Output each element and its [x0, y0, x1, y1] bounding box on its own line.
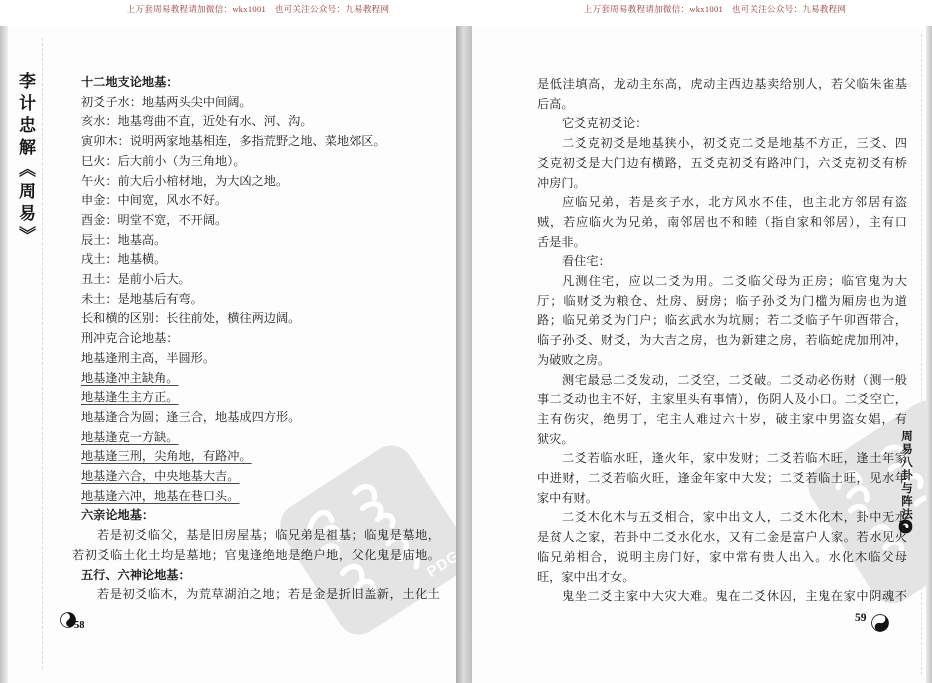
page-number-left: 58: [60, 612, 100, 638]
text-line: 凡测住宅，应以二爻为用。二爻临父母为正房；临官鬼为大: [537, 272, 907, 292]
text-line: 亥水：地基弯曲不直，近处有水、河、沟。: [72, 112, 440, 132]
spine-title-left: 李计忠解《周易》: [13, 72, 38, 248]
text-line: 午火：前大后小棺材地，为大凶之地。: [72, 172, 440, 192]
text-line: 地基逢生主方正。: [72, 388, 440, 408]
text-line: 五行、六神论地基：: [72, 566, 440, 586]
text-line: 贼，若应临火为兄弟，南邻居也不和睦（指自家和邻居），主有口: [537, 213, 907, 233]
text-line: 申金：中间宽，风水不好。: [72, 191, 440, 211]
text-line: 丑土：是前小后大。: [72, 270, 440, 290]
text-line: 二爻木化木与五爻相合，家中出文人，二爻木化木，卦中无水: [537, 508, 907, 528]
text-line: 路；临兄弟爻为门户；临玄武水为坑厕；若二爻临子午卯酉带合，: [537, 311, 907, 331]
spine-seal-icon: [898, 519, 913, 534]
text-line: 若是初爻临父，基是旧房屋基；临兄弟是祖基；临鬼是墓地，: [72, 526, 440, 546]
promo-header-left: 上万套周易教程请加微信：wkx1001 也可关注公众号：九易教程网: [118, 3, 398, 15]
page-gutter: [456, 26, 472, 683]
text-line: 事二爻动也主不好，主家里头有事情），伤阴人及小口。二爻空亡，: [537, 390, 907, 410]
text-line: 未土：是地基后有弯。: [72, 290, 440, 310]
text-line: 爻克初爻是大门边有横路，五爻克初爻有路冲门，六爻克初爻有桥: [537, 154, 907, 174]
text-line: 初爻子水：地基两头尖中间阔。: [72, 93, 440, 113]
text-line: 六亲论地基：: [72, 506, 440, 526]
left-page-text: 十二地支论地基：初爻子水：地基两头尖中间阔。亥水：地基弯曲不直，近处有水、河、沟…: [72, 73, 440, 605]
text-line: 地基逢冲主缺角。: [72, 369, 440, 389]
text-line: 家中有财。: [537, 489, 907, 509]
binding-line: [42, 38, 43, 669]
page-right: PDG 是低洼填高，龙动主东高，虎动主西边基卖给别人，若父临朱雀基后高。它爻克初…: [472, 26, 926, 683]
text-line: 中进财，二爻若临火旺，逢金年家中大发；二爻若临土旺，见水年: [537, 469, 907, 489]
text-line: 寅卯木：说明两家地基相连，多指荒野之地、菜地郊区。: [72, 132, 440, 152]
spine-title-right: 周易八卦与阵法: [898, 430, 914, 521]
scan-edge-right: [926, 26, 932, 683]
page-number-right-value: 59: [855, 612, 867, 624]
text-line: 狱灾。: [537, 430, 907, 450]
text-line: 辰土：地基高。: [72, 231, 440, 251]
text-line: 酉金：明堂不宽，不开阔。: [72, 211, 440, 231]
text-line: 厅；临财爻为粮仓、灶房、厨房；临子孙爻为门槛为厢房也为道: [537, 292, 907, 312]
text-line: 地基逢三刑，尖角地，有路冲。: [72, 447, 440, 467]
text-line: 旺，家中出才女。: [537, 568, 907, 588]
text-line: 测宅最忌二爻发动，二爻空，二爻破。二爻动必伤财（测一般: [537, 371, 907, 391]
text-line: 二爻克初爻是地基狭小，初爻克二爻是地基不方正，三爻、四: [537, 134, 907, 154]
top-margin-strip: 上万套周易教程请加微信：wkx1001 也可关注公众号：九易教程网 上万套周易教…: [0, 0, 932, 26]
text-line: 冲房门。: [537, 174, 907, 194]
promo-header-right: 上万套周易教程请加微信：wkx1001 也可关注公众号：九易教程网: [573, 3, 857, 15]
text-line: 戌土：地基横。: [72, 250, 440, 270]
text-line: 巳火：后大前小（为三角地）。: [72, 152, 440, 172]
text-line: 应临兄弟，若是亥子水，北方风水不佳，也主北方邻居有盗: [537, 193, 907, 213]
text-line: 地基逢六合，中央地基大吉。: [72, 467, 440, 487]
text-line: 若是初爻临木，为荒草湖泊之地；若是金是折旧盖新，土化土: [72, 585, 440, 605]
text-line: 地基逢合为圆；逢三合，地基成四方形。: [72, 408, 440, 428]
text-line: 地基逢刑主高，半圆形。: [72, 349, 440, 369]
text-line: 临兄弟相合，说明主房门好，家中常有贵人出入。水化木临父母: [537, 548, 907, 568]
text-line: 舌是非。: [537, 233, 907, 253]
text-line: 它爻克初爻论：: [537, 114, 907, 134]
right-page-text: 是低洼填高，龙动主东高，虎动主西边基卖给别人，若父临朱雀基后高。它爻克初爻论：二…: [537, 75, 907, 607]
page-number-left-value: 58: [74, 620, 85, 631]
text-line: 二爻若临水旺，逢火年，家中发财；二爻若临木旺，逢土年家: [537, 449, 907, 469]
text-line: 是低洼填高，龙动主东高，虎动主西边基卖给别人，若父临朱雀基: [537, 75, 907, 95]
page-left: 李计忠解《周易》: [8, 26, 456, 683]
text-line: 地基逢克一方缺。: [72, 428, 440, 448]
text-line: 看住宅：: [537, 252, 907, 272]
taiji-icon: [869, 612, 891, 634]
scan-edge-left: [0, 26, 8, 683]
text-line: 是贫人之家，若卦中二爻水化水，又有二金是富户人家。若水见火: [537, 528, 907, 548]
text-line: 为破败之房。: [537, 351, 907, 371]
text-line: 临子孙爻、财爻，为大吉之房，也为新建之房，若临蛇虎加刑冲，: [537, 331, 907, 351]
text-line: 后高。: [537, 95, 907, 115]
text-line: 十二地支论地基：: [72, 73, 440, 93]
text-line: 地基逢六冲，地基在巷口头。: [72, 487, 440, 507]
text-line: 刑冲克合论地基：: [72, 329, 440, 349]
page-number-right: 59: [855, 610, 899, 638]
book-scan-spread: 上万套周易教程请加微信：wkx1001 也可关注公众号：九易教程网 上万套周易教…: [0, 0, 932, 683]
text-line: 主有伤灾，绝男丁，宅主人难过六十岁，破主家中男盗女娼，有: [537, 410, 907, 430]
text-line: 若初爻临土化土均是墓地；官鬼逢绝地是绝户地，父化鬼是庙地。: [72, 546, 440, 566]
text-line: 长和横的区别：长往前处，横往两边阔。: [72, 309, 440, 329]
text-line: 鬼坐二爻主家中大灾大难。鬼在二爻休囚，主鬼在家中阴魂不: [537, 587, 907, 607]
